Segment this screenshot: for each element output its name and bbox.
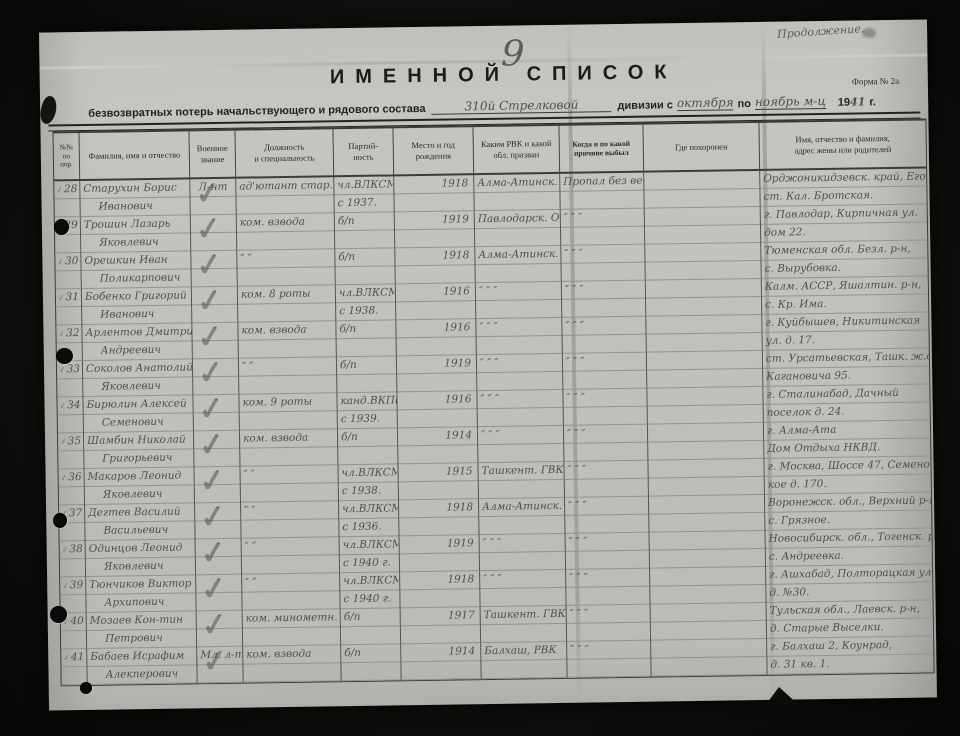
rank-cell: ✓ ″: [194, 431, 241, 468]
birthyear-value: 1916: [397, 391, 476, 410]
scanned-document-background: Продолжение. 9 Форма № 2а ИМЕННОЙ СПИСОК…: [0, 0, 960, 736]
rank-value: ″: [194, 467, 239, 486]
burial-cell: [651, 603, 768, 641]
rvk-cell: Алма-Атинск. ГВК: [479, 498, 566, 535]
position-value: ″ ″: [242, 537, 339, 556]
birthyear-cell: 1916: [397, 391, 478, 428]
period-from-handwritten: октября: [677, 95, 734, 111]
address-cell: Тульская обл., Лаевск. р-н, д. Старые Вы…: [767, 600, 934, 638]
birthyear-cell: 1916: [396, 319, 477, 356]
burial-value: [650, 567, 765, 587]
party-cell: чл.ВЛКСМ с 1940 г.: [340, 572, 401, 609]
column-header-rank: Военное звание: [190, 131, 237, 178]
party-line2: [341, 626, 400, 645]
row-number: 41: [71, 651, 85, 663]
rank-cell: ✓ ″: [196, 575, 243, 612]
party-cell: б/п: [335, 212, 396, 249]
row-number-cell: ✓34: [57, 397, 84, 433]
burial-cell: [645, 243, 762, 281]
rank-value: ″: [193, 395, 238, 414]
rank-cell: ✓ Мл. л-т: [197, 647, 244, 684]
position-cell: ″ ″: [239, 357, 338, 394]
row-number: 30: [65, 255, 79, 267]
party-line2: с 1940 г.: [340, 554, 399, 573]
party-line2: [336, 266, 395, 285]
rank-value: ″: [197, 611, 242, 630]
birthyear-value: 1916: [396, 319, 475, 338]
name-line1: Арлентов Дмитрий: [82, 323, 191, 343]
position-cell: ″ ″: [240, 465, 339, 502]
column-header-relatives: Имя, отчество и фамилия, адрес жены или …: [759, 120, 926, 168]
party-line1: б/п: [335, 212, 394, 231]
rank-value: ″: [194, 431, 239, 450]
rvk-cell: ″ ″ ″: [480, 534, 567, 571]
subtitle-prefix: безвозвратных потерь начальствующего и р…: [88, 103, 425, 120]
rank-value: ″: [193, 359, 238, 378]
cause-cell: ″ ″ ″: [564, 425, 649, 462]
address-cell: г. Куйбышев, Никитинская ул. д. 17.: [762, 312, 929, 350]
cause-value: ″ ″ ″: [561, 209, 644, 228]
position-value: ″ ″: [240, 465, 337, 484]
cause-value: ″ ″ ″: [564, 461, 647, 480]
birthyear-value: 1914: [398, 427, 477, 446]
name-cell: Одинцов Леонид Яковлевич: [86, 539, 197, 577]
party-line2: с 1937.: [334, 194, 393, 213]
row-number: 35: [68, 435, 82, 447]
cause-cell: ″ ″ ″: [566, 533, 651, 570]
column-header-position: Должность и специальность: [235, 129, 334, 176]
name-line2: Васильевич: [85, 521, 194, 541]
year-handwritten: 41: [850, 95, 866, 108]
birthyear-value: 1918: [399, 499, 478, 518]
row-number: 38: [69, 543, 83, 555]
burial-cell: [648, 459, 765, 497]
party-line2: [335, 230, 394, 249]
continuation-note: Продолжение.: [777, 22, 865, 41]
name-line1: Орешкин Иван: [81, 251, 190, 271]
rvk-cell: ″ ″ ″: [478, 426, 565, 463]
party-line1: чл.ВЛКСМ: [340, 536, 399, 555]
name-line1: Мозаев Кон-тин: [87, 611, 196, 631]
position-cell: ком. взвода: [237, 213, 336, 250]
rank-cell: ✓ ″: [195, 503, 242, 540]
birthyear-cell: 1919: [395, 211, 476, 248]
rvk-value: ″ ″ ″: [480, 534, 565, 553]
address-cell: г. Павлодар, Кирпичная ул. дом 22.: [761, 204, 928, 242]
rank-value: ″: [196, 539, 241, 558]
birthyear-value: 1915: [398, 463, 477, 482]
row-number: 36: [68, 471, 82, 483]
rvk-cell: ″ ″ ″: [477, 354, 564, 391]
rvk-value: ″ ″ ″: [477, 354, 562, 373]
position-value: ″ ″: [239, 357, 336, 376]
name-line2: Семенович: [84, 413, 193, 433]
rank-cell: ✓ ″: [193, 359, 240, 396]
rvk-value: Павлодарск. О.В.К.: [475, 210, 560, 229]
rvk-cell: ″ ″ ″: [477, 390, 564, 427]
row-number-cell: ✓33: [57, 361, 84, 397]
rank-cell: ✓ ″: [194, 467, 241, 504]
birthyear-cell: 1918: [394, 175, 475, 212]
birthyear-value: 1916: [396, 283, 475, 302]
rvk-value: Ташкент. ГВК: [481, 606, 566, 625]
position-value: ком. минометн. взвода: [243, 609, 340, 628]
cause-value: ″ ″ ″: [564, 425, 647, 444]
address-cell: Воронежск. обл., Верхний р-н, с. Грязное…: [765, 492, 932, 530]
name-line1: Дегтев Василий: [85, 503, 194, 523]
rank-cell: ✓ ″: [191, 215, 238, 252]
rank-cell: ✓ ″: [196, 539, 243, 576]
party-line2: с 1938.: [339, 482, 398, 501]
punch-hole: [53, 513, 67, 528]
rvk-cell: ″ ″ ″: [476, 282, 563, 319]
party-line2: [341, 662, 400, 681]
position-cell: ″ ″: [241, 501, 340, 538]
name-line1: Бобенко Григорий: [82, 287, 191, 307]
paper-smudge: [862, 28, 876, 38]
name-line1: Тюнчиков Виктор: [86, 575, 195, 595]
name-line2: Архипович: [86, 593, 195, 613]
name-line1: Трошин Лазарь: [81, 215, 190, 235]
punch-hole: [50, 606, 67, 623]
cause-cell: ″ ″ ″: [561, 209, 646, 246]
party-line1: б/п: [336, 320, 395, 339]
rvk-value: Алма-Атинск. ГВК: [474, 174, 559, 193]
birthyear-cell: 1914: [401, 643, 482, 680]
row-number: 31: [66, 291, 80, 303]
row-number: 37: [69, 507, 83, 519]
name-line2: Яковлевич: [81, 233, 190, 253]
row-number: 40: [70, 615, 84, 627]
birthyear-cell: 1914: [398, 427, 479, 464]
name-line2: Яковлевич: [86, 557, 195, 577]
name-cell: Бабаев Исрафим Алекперович: [87, 647, 198, 685]
rvk-value: Алма-Атинск. ГВК: [479, 498, 564, 517]
rank-value: Мл. л-т: [197, 647, 242, 666]
address-cell: г. Алма-Ата Дом Отдыха НКВД.: [764, 420, 931, 458]
rvk-cell: Ташкент. ГВК: [481, 606, 568, 643]
row-number-cell: ✓38: [60, 541, 87, 577]
year-suffix: г.: [869, 96, 876, 108]
cause-value: ″ ″ ″: [565, 497, 648, 516]
cause-cell: ″ ″ ″: [563, 353, 648, 390]
name-line1: Одинцов Леонид: [86, 539, 195, 559]
birthyear-value: 1914: [401, 643, 480, 662]
name-cell: Старухин Борис Иванович: [80, 179, 191, 217]
rank-value: ″: [191, 251, 236, 270]
address-cell: г. Ашхабад, Полторацкая ул., д. №30.: [766, 564, 933, 602]
row-number: 33: [67, 363, 81, 375]
position-cell: ком. взвода: [243, 645, 342, 682]
name-line2: Петрович: [87, 629, 196, 649]
address-line2: д. 31 кв. 1.: [767, 654, 933, 674]
burial-value: [651, 603, 766, 623]
cause-cell: ″ ″ ″: [564, 461, 649, 498]
address-cell: г. Сталинабад, Дачный поселок д. 24.: [763, 384, 930, 422]
party-line1: б/п: [338, 428, 397, 447]
rank-value: ″: [195, 503, 240, 522]
row-number: 34: [67, 399, 81, 411]
burial-cell: [647, 351, 764, 389]
cause-cell: ″ ″ ″: [562, 281, 647, 318]
table-body: ✓28 Старухин Борис Иванович ✓ Л-нт ад'ют…: [54, 168, 933, 685]
position-cell: ″ ″: [242, 537, 341, 574]
row-number: 32: [66, 327, 80, 339]
name-cell: Бобенко Григорий Иванович: [82, 287, 193, 325]
cause-value: ″ ″ ″: [567, 605, 650, 624]
burial-value: [651, 639, 766, 659]
row-number-cell: ✓41: [61, 649, 88, 685]
name-line1: Старухин Борис: [80, 179, 189, 199]
position-value: ком. 8 роты: [238, 285, 335, 304]
birthyear-cell: 1918: [399, 499, 480, 536]
row-number: 28: [64, 183, 78, 195]
name-cell: Орешкин Иван Поликарпович: [81, 251, 192, 289]
party-line1: чл.ВЛКСМ: [340, 572, 399, 591]
name-line1: Бабаев Исрафим: [87, 647, 196, 667]
party-line2: с 1936.: [339, 518, 398, 537]
name-cell: Мозаев Кон-тин Петрович: [87, 611, 198, 649]
name-line1: Шамбин Николай: [84, 431, 193, 451]
cause-value: ″ ″ ″: [562, 317, 645, 336]
party-line1: б/п: [341, 644, 400, 663]
burial-value: [646, 315, 761, 335]
party-line2: [337, 338, 396, 357]
rvk-cell: ″ ″ ″: [476, 318, 563, 355]
column-header-party: Партий- ность: [333, 128, 394, 175]
position-cell: ком. взвода: [240, 429, 339, 466]
birthyear-cell: 1918: [400, 571, 481, 608]
name-line1: Макаров Леонид: [84, 467, 193, 487]
name-line2: Яковлевич: [83, 377, 192, 397]
name-line2: Иванович: [82, 305, 191, 325]
party-line1: канд.ВКП(б): [337, 392, 396, 411]
burial-cell: [646, 315, 763, 353]
cause-value: ″ ″ ″: [563, 389, 646, 408]
rank-cell: ✓ ″: [192, 323, 239, 360]
party-cell: б/п: [341, 644, 402, 681]
party-cell: б/п: [335, 248, 396, 285]
rank-cell: ✓ ″: [197, 611, 244, 648]
name-cell: Соколов Анатолий Яковлевич: [83, 359, 194, 397]
name-line2: Поликарпович: [82, 269, 191, 289]
row-number-cell: ✓28: [54, 181, 81, 217]
birthyear-value: 1919: [397, 355, 476, 374]
rvk-value: ″ ″ ″: [477, 390, 562, 409]
rvk-value: ″ ″ ″: [478, 426, 563, 445]
name-cell: Тюнчиков Виктор Архипович: [86, 575, 197, 613]
party-line1: чл.ВЛКСМ: [336, 284, 395, 303]
party-cell: чл.ВЛКСМ с 1938.: [338, 464, 399, 501]
subtitle-division-word: дивизии с: [617, 99, 673, 112]
cause-cell: ″ ″ ″: [561, 245, 646, 282]
position-cell: ком. 8 роты: [238, 285, 337, 322]
party-line1: б/п: [341, 608, 400, 627]
birthyear-cell: 1915: [398, 463, 479, 500]
party-cell: чл.ВЛКСМ с 1936.: [339, 500, 400, 537]
burial-value: [645, 207, 760, 227]
position-value: ком. взвода: [238, 321, 335, 340]
column-header-cause: Когда и по какой причине выбыл: [559, 125, 644, 172]
party-line1: б/п: [335, 248, 394, 267]
cause-value: ″ ″ ″: [566, 569, 649, 588]
rvk-value: Алма-Атинск. ГВК: [475, 246, 560, 265]
birthyear-cell: 1918: [395, 247, 476, 284]
cause-cell: ″ ″ ″: [562, 317, 647, 354]
name-cell: Макаров Леонид Яковлевич: [84, 467, 195, 505]
position-cell: ком. взвода: [238, 321, 337, 358]
row-number-cell: ✓31: [56, 289, 83, 325]
rank-cell: ✓ Л-нт: [190, 179, 237, 216]
name-cell: Бирюлин Алексей Семенович: [83, 395, 194, 433]
position-value: ком. взвода: [243, 645, 340, 664]
address-cell: г. Балхаш 2, Коунрад, д. 31 кв. 1.: [767, 636, 934, 674]
position-value: ″ ″: [237, 249, 334, 268]
birthyear-cell: 1919: [397, 355, 478, 392]
burial-value: [649, 495, 764, 515]
position-value: ком. 9 роты: [239, 393, 336, 412]
rvk-cell: Павлодарск. О.В.К.: [475, 210, 562, 247]
position-value: ″ ″: [242, 573, 339, 592]
column-header-burial: Где похоронен: [643, 123, 760, 171]
column-header-name: Фамилия, имя и отчество: [80, 131, 191, 179]
party-line1: чл.ВЛКСМ: [334, 176, 393, 195]
birthyear-value: 1919: [395, 211, 474, 230]
burial-cell: [648, 423, 765, 461]
party-line2: с 1940 г.: [340, 590, 399, 609]
rank-value: ″: [191, 215, 236, 234]
position-value: ″ ″: [241, 501, 338, 520]
column-header-rvk: Каким РВК и какой обл. призван: [473, 126, 560, 173]
period-to-handwritten: ноябрь м-ц: [755, 94, 826, 110]
address-cell: г. Москва, Шоссе 47, Семеновс- кое д. 17…: [764, 456, 931, 494]
rvk-value: ″ ″ ″: [476, 282, 561, 301]
row-number-cell: ✓30: [55, 253, 82, 289]
burial-value: [648, 423, 763, 443]
burial-cell: [650, 531, 767, 569]
row-number-cell: ✓35: [58, 433, 85, 469]
cause-cell: ″ ″ ″: [563, 389, 648, 426]
burial-value: [647, 387, 762, 407]
burial-cell: [651, 639, 768, 677]
party-line2: с 1938.: [336, 302, 395, 321]
name-cell: Шамбин Николай Григорьевич: [84, 431, 195, 469]
burial-cell: [650, 567, 767, 605]
row-number: 39: [70, 579, 84, 591]
party-cell: чл.ВЛКСМ с 1940 г.: [340, 536, 401, 573]
position-value: ад'ютант стар.: [236, 177, 333, 196]
name-line2: Алекперович: [87, 665, 196, 685]
name-cell: Арлентов Дмитрий Андреевич: [82, 323, 193, 361]
position-cell: ком. 9 роты: [239, 393, 338, 430]
cause-cell: ″ ″ ″: [567, 641, 652, 678]
rank-cell: ✓ ″: [192, 287, 239, 324]
birthyear-value: 1918: [395, 247, 474, 266]
position-value: ком. взвода: [240, 429, 337, 448]
document-paper: Продолжение. 9 Форма № 2а ИМЕННОЙ СПИСОК…: [39, 19, 937, 710]
rank-value: Л-нт: [190, 179, 235, 198]
birthyear-value: 1918: [394, 175, 473, 194]
column-header-number: №№ по пор.: [54, 133, 81, 179]
party-line2: [338, 446, 397, 465]
cause-cell: ″ ″ ″: [567, 605, 652, 642]
name-line2: Иванович: [80, 197, 189, 217]
party-line2: с 1939.: [338, 410, 397, 429]
rank-value: ″: [196, 575, 241, 594]
address-cell: Тюменская обл. Безл. р-н, с. Вырубовка.: [761, 240, 928, 278]
burial-cell: [645, 207, 762, 245]
birthyear-value: 1917: [401, 607, 480, 626]
rvk-cell: Алма-Атинск. ГВК: [474, 174, 561, 211]
name-line2: Григорьевич: [84, 449, 193, 469]
cause-value: ″ ″ ″: [567, 641, 650, 660]
subtitle-po: по: [738, 98, 752, 110]
roster-table: №№ по пор. Фамилия, имя и отчество Военн…: [52, 118, 934, 686]
torn-notch: [764, 687, 801, 707]
cause-value: ″ ″ ″: [566, 533, 649, 552]
party-cell: чл.ВЛКСМ с 1938.: [336, 284, 397, 321]
punch-hole: [80, 682, 92, 694]
party-cell: б/п: [338, 428, 399, 465]
rank-cell: ✓ ″: [193, 395, 240, 432]
rank-value: ″: [192, 323, 237, 342]
position-value: ком. взвода: [237, 213, 334, 232]
name-cell: Дегтев Василий Васильевич: [85, 503, 196, 541]
cause-value: ″ ″ ″: [563, 353, 646, 372]
birthyear-cell: 1919: [400, 535, 481, 572]
party-line2: [337, 374, 396, 393]
birthyear-cell: 1916: [396, 283, 477, 320]
position-cell: ад'ютант стар.: [236, 177, 335, 214]
party-line1: чл.ВЛКСМ: [338, 464, 397, 483]
rvk-cell: Балхаш, РВК: [481, 642, 568, 679]
rvk-cell: Ташкент. ГВК: [478, 462, 565, 499]
birthyear-value: 1919: [400, 535, 479, 554]
cause-value: Пропал без вести: [560, 173, 643, 192]
rank-value: ″: [192, 287, 237, 306]
rvk-cell: ″ ″ ″: [480, 570, 567, 607]
rvk-cell: Алма-Атинск. ГВК: [475, 246, 562, 283]
name-line1: Соколов Анатолий: [83, 359, 192, 379]
division-handwritten: 310й Стрелковой: [431, 97, 611, 115]
rvk-value: ″ ″ ″: [480, 570, 565, 589]
cause-cell: Пропал без вести: [560, 173, 645, 210]
name-line1: Бирюлин Алексей: [83, 395, 192, 415]
column-header-birth: Место и год рождения: [393, 127, 474, 174]
birthyear-cell: 1917: [401, 607, 482, 644]
party-cell: б/п: [336, 320, 397, 357]
rvk-value: Ташкент. ГВК: [478, 462, 563, 481]
address-cell: Новосибирск. обл., Тогенск. р-н, с. Андр…: [765, 528, 932, 566]
name-line2: Яковлевич: [85, 485, 194, 505]
year-printed: 19: [838, 97, 850, 109]
burial-value: [647, 351, 762, 371]
burial-value: [645, 243, 760, 263]
burial-value: [650, 531, 765, 551]
party-cell: канд.ВКП(б) с 1939.: [337, 392, 398, 429]
row-number-cell: ✓36: [59, 469, 86, 505]
party-cell: чл.ВЛКСМ с 1937.: [334, 176, 395, 213]
burial-cell: [646, 279, 763, 317]
position-cell: ″ ″: [237, 249, 336, 286]
burial-cell: [644, 171, 761, 209]
burial-cell: [649, 495, 766, 533]
party-line1: чл.ВЛКСМ: [339, 500, 398, 519]
address-cell: ст. Урсатьевская, Ташк. ж.д. Кагановича …: [763, 348, 930, 386]
burial-cell: [647, 387, 764, 425]
position-cell: ком. минометн. взвода: [243, 609, 342, 646]
party-cell: б/п: [337, 356, 398, 393]
